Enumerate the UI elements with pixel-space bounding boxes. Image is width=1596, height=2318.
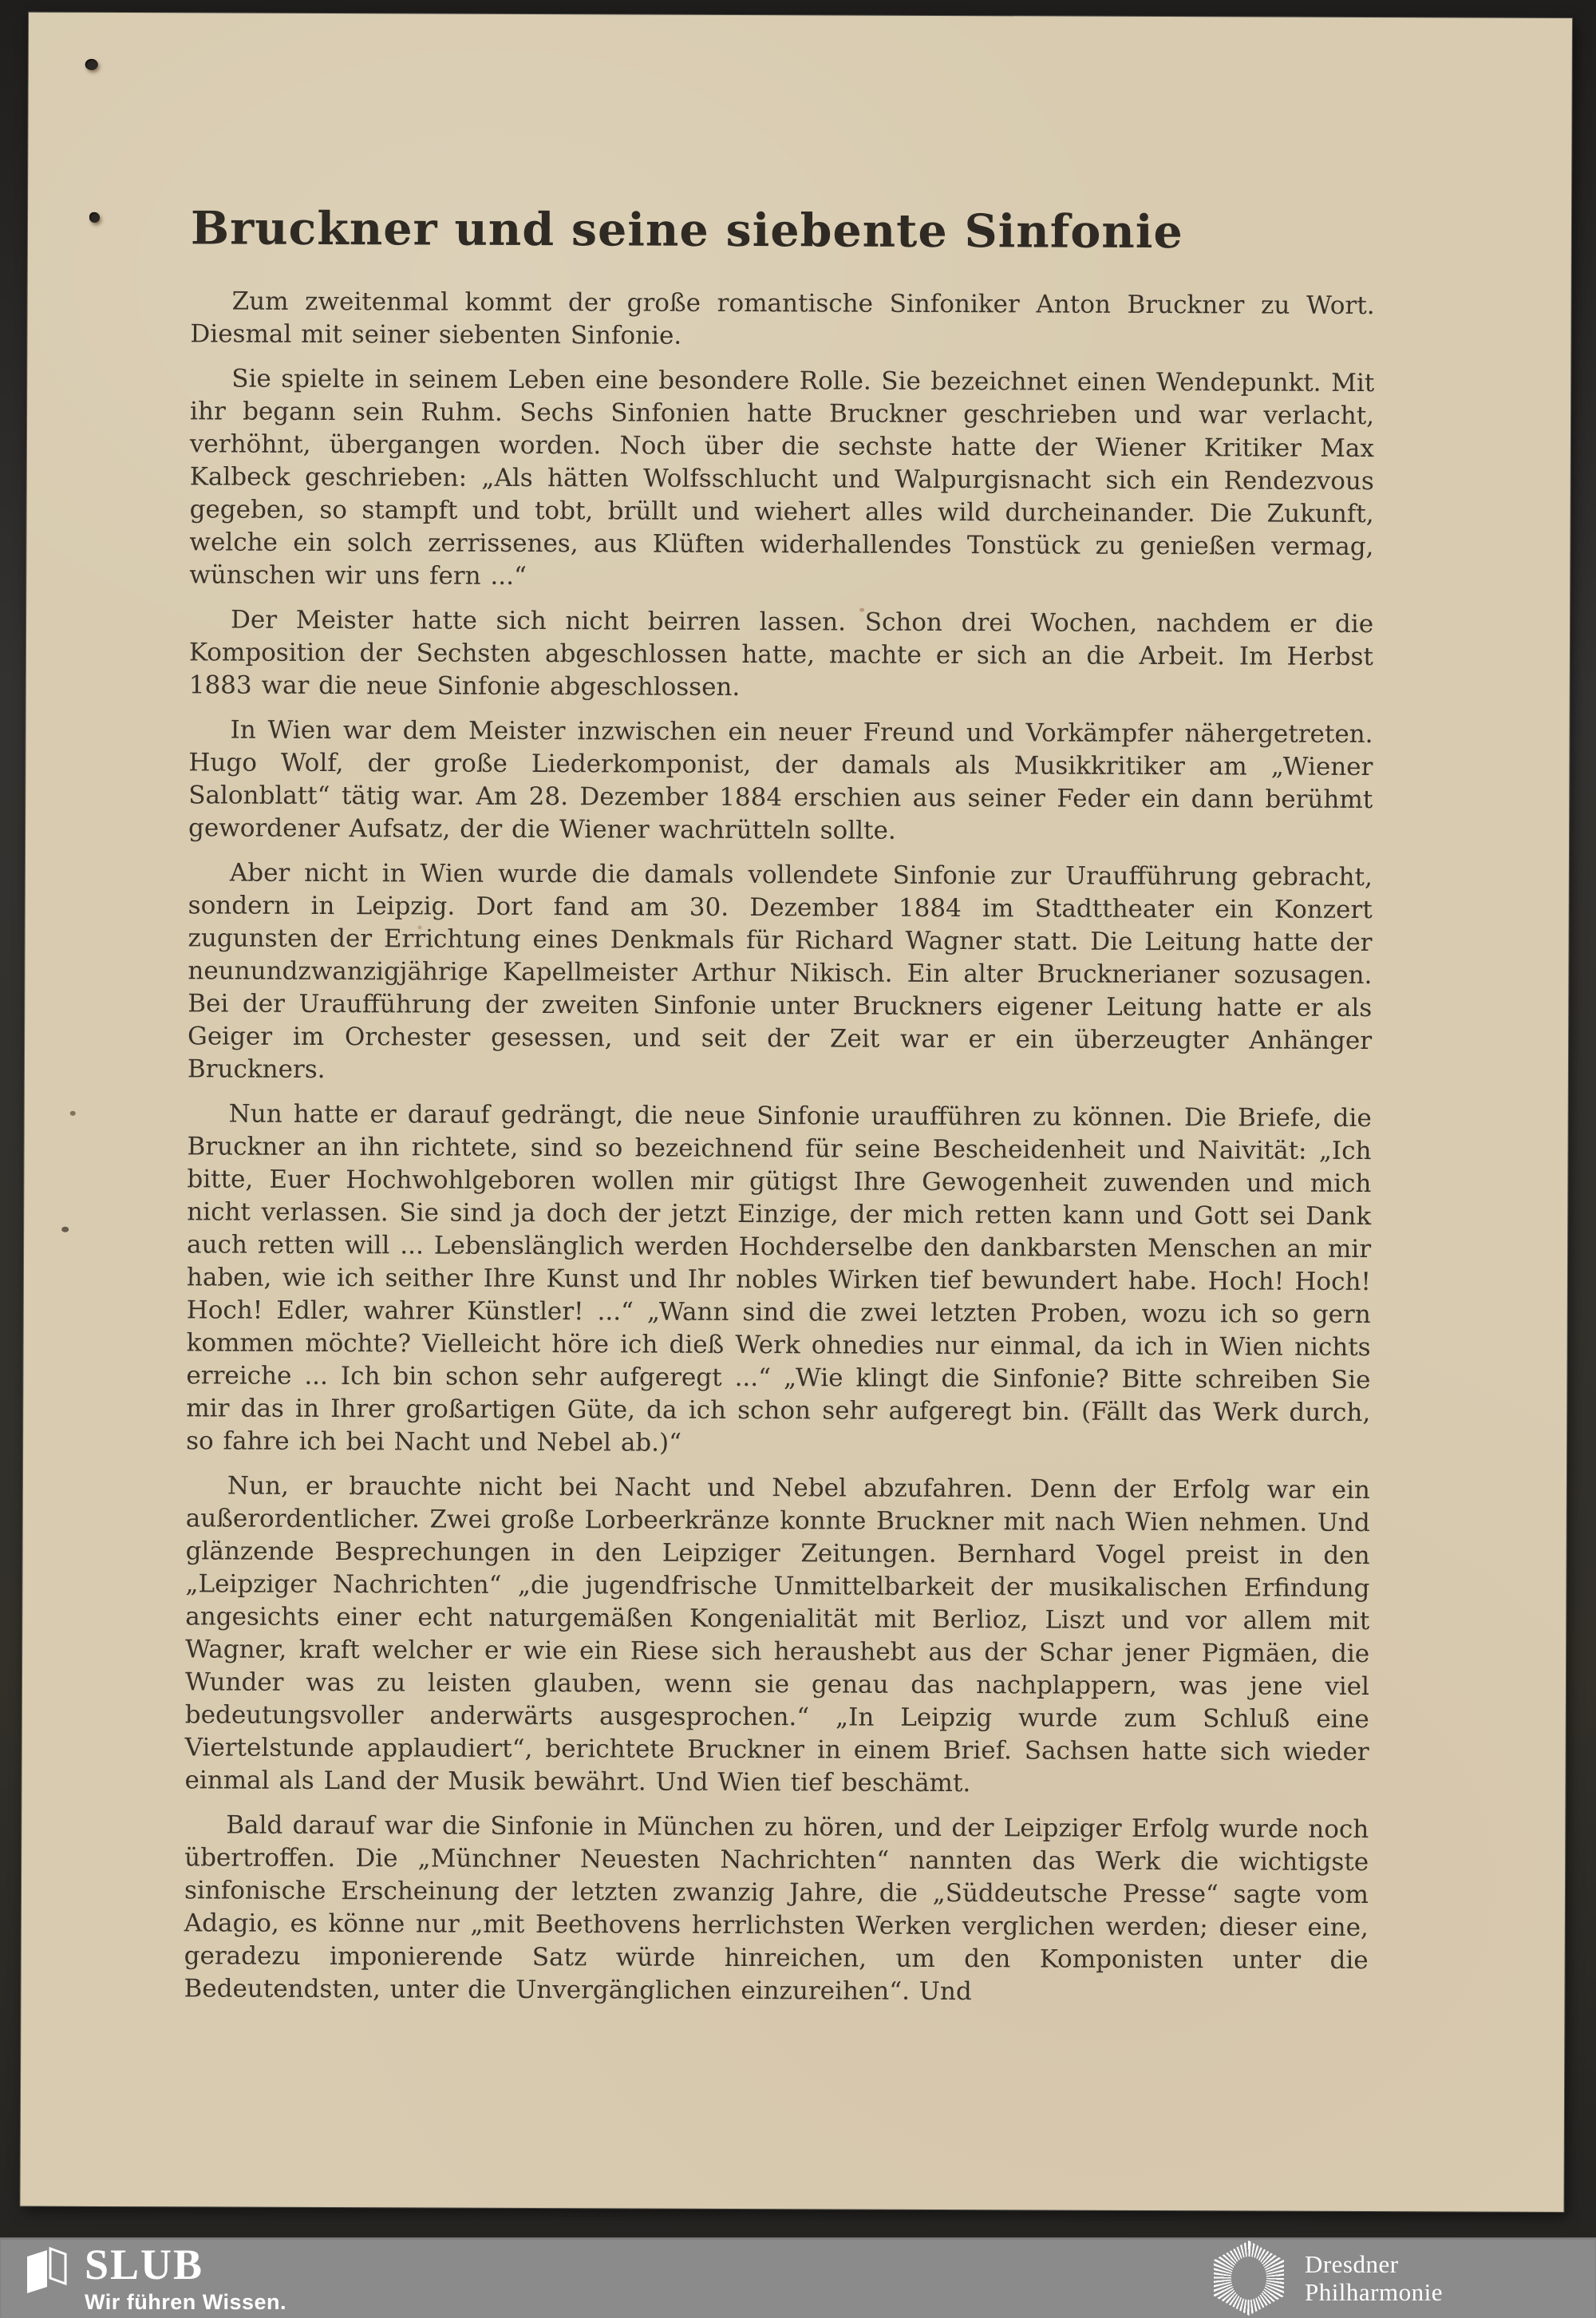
open-book-icon bbox=[24, 2247, 67, 2296]
paragraph: Bald darauf war die Sinfonie in München … bbox=[184, 1809, 1369, 2010]
paper-speck bbox=[61, 1227, 69, 1232]
page-body: Zum zweitenmal kommt der große romantisc… bbox=[184, 285, 1374, 2010]
page-text-block: Bruckner und seine siebente Sinfonie Zum… bbox=[184, 201, 1375, 2022]
philharmonie-logo-link[interactable]: Dresdner Philharmonie bbox=[1214, 2241, 1443, 2316]
slub-text-block: SLUB Wir führen Wissen. bbox=[85, 2244, 286, 2314]
philharmonie-line2: Philharmonie bbox=[1305, 2278, 1443, 2306]
punch-hole bbox=[89, 212, 100, 223]
paragraph: Nun, er brauchte nicht bei Nacht und Neb… bbox=[184, 1470, 1370, 1802]
paragraph: Sie spielte in seinem Leben eine besonde… bbox=[189, 362, 1374, 596]
scanned-page: Bruckner und seine siebente Sinfonie Zum… bbox=[20, 13, 1572, 2212]
paragraph: In Wien war dem Meister inzwischen ein n… bbox=[188, 714, 1373, 849]
sunburst-center-hole bbox=[1231, 2257, 1266, 2300]
footer-bar: SLUB Wir führen Wissen. Dresdner Philhar… bbox=[0, 2237, 1596, 2318]
page-title: Bruckner und seine siebente Sinfonie bbox=[191, 201, 1375, 259]
slub-tagline: Wir führen Wissen. bbox=[85, 2290, 286, 2314]
paper-speck bbox=[70, 1111, 76, 1116]
punch-hole bbox=[85, 59, 98, 70]
slub-logo-link[interactable]: SLUB Wir führen Wissen. bbox=[24, 2244, 286, 2314]
scan-viewer-stage: Bruckner und seine siebente Sinfonie Zum… bbox=[0, 0, 1596, 2318]
paragraph: Aber nicht in Wien wurde die damals voll… bbox=[188, 856, 1373, 1090]
philharmonie-line1: Dresdner bbox=[1305, 2250, 1443, 2278]
paragraph: Nun hatte er darauf gedrängt, die neue S… bbox=[186, 1098, 1372, 1462]
paragraph: Zum zweitenmal kommt der große romantisc… bbox=[190, 285, 1374, 355]
philharmonie-wordmark: Dresdner Philharmonie bbox=[1305, 2250, 1443, 2306]
sunburst-hexagon-icon bbox=[1214, 2241, 1284, 2316]
paragraph: Der Meister hatte sich nicht beirren las… bbox=[189, 603, 1373, 706]
slub-wordmark: SLUB bbox=[85, 2244, 286, 2285]
